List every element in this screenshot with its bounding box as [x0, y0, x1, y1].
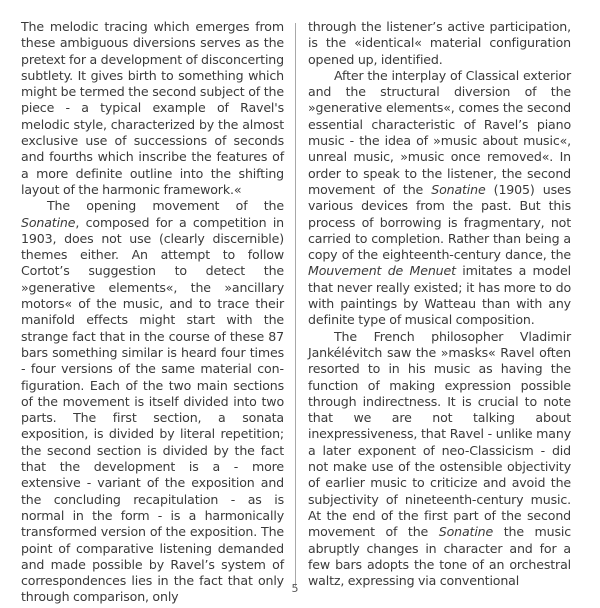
left-column: The melodic tracing which emerges from t… [21, 19, 284, 606]
column-divider [295, 23, 296, 586]
paragraph-opening-movement: The opening movement of the Sonatine, co… [21, 198, 284, 605]
paragraph-classical-exterior: After the interplay of Classical exterio… [308, 68, 571, 329]
text-run: , composed for a competition in 1903, do… [21, 215, 284, 605]
text-run: After the interplay of Classical exterio… [308, 68, 571, 197]
paragraph-jankelevitch: The French philosopher Vladimir Janké­lé… [308, 329, 571, 590]
italic-title-mouvement-de-menuet: Mouvement de Menuet [308, 263, 456, 278]
italic-title-sonatine: Sonatine [439, 524, 493, 539]
paragraph-melodic-tracing: The melodic tracing which emerges from t… [21, 19, 284, 198]
italic-title-sonatine: Sonatine [21, 215, 75, 230]
text-run: The French philosopher Vladimir Janké­lé… [308, 329, 571, 540]
page-number: 5 [289, 582, 301, 595]
paragraph-continuation: through the listener’s active participat… [308, 19, 571, 68]
italic-title-sonatine: Sonatine [431, 182, 485, 197]
text-run: The opening movement of the [47, 198, 284, 213]
right-column: through the listener’s active participat… [308, 19, 571, 589]
